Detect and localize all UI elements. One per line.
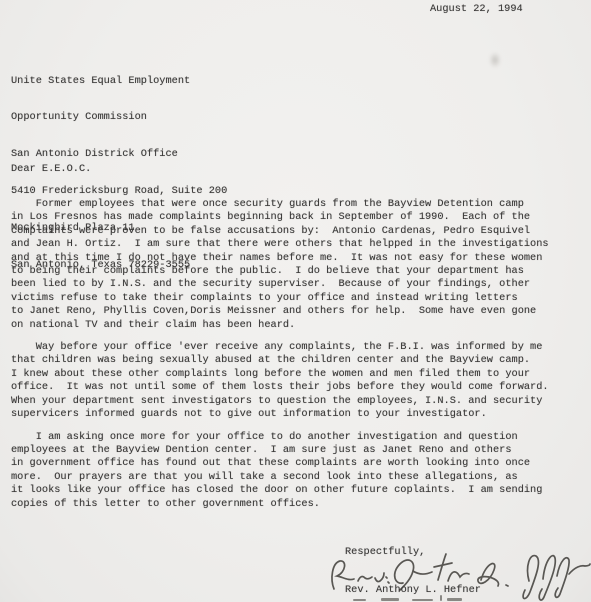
scanned-letter-page: August 22, 1994 Unite States Equal Emplo… [0, 0, 591, 602]
cutoff-text-fragment [353, 599, 366, 601]
recipient-line: Unite States Equal Employment [11, 75, 227, 87]
cutoff-text-fragment [447, 598, 462, 601]
cutoff-text-fragment [440, 595, 442, 601]
salutation: Dear E.E.O.C. [11, 163, 91, 176]
recipient-line: 5410 Fredericksburg Road, Suite 200 [11, 185, 227, 197]
letter-body: Former employees that were once security… [11, 198, 581, 520]
cutoff-text-fragment [412, 599, 433, 601]
paragraph: Former employees that were once security… [11, 198, 581, 332]
letter-date: August 22, 1994 [430, 3, 523, 16]
paragraph: Way before your office 'ever receive any… [11, 341, 581, 421]
typed-signature-name: Rev. Anthony L. Hefner [345, 584, 481, 597]
recipient-line: San Antonio Districk Office [11, 148, 227, 160]
paragraph: I am asking once more for your office to… [11, 431, 581, 511]
cutoff-text-fragment [381, 598, 399, 601]
recipient-line: Opportunity Commission [11, 111, 227, 123]
scan-smudge [489, 52, 501, 68]
